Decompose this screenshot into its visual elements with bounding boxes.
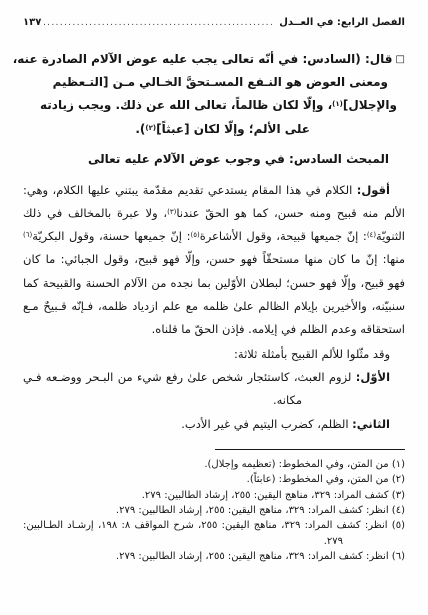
footnote-line: (٤) انظر: كشف المراد: ٣٢٩، مناهج اليقين:… bbox=[23, 503, 405, 518]
running-header: الفصل الرابع: في العــدل ...............… bbox=[23, 16, 405, 30]
matn-line: ومعنى العوض هو النـفع المسـتحقَّ الخـالي… bbox=[23, 71, 405, 94]
commentary-line: استحقاقه وعدم الظلم في إيلامه. فإذن الحق… bbox=[23, 318, 405, 341]
matn-quote-block: □قال: (السادس: في أنّه تعالى يجب عليه عو… bbox=[23, 48, 405, 141]
lead-word-thani: الثاني: bbox=[352, 417, 390, 431]
matn-line: والإجلال](١)، وإلّا لكان ظالماً، تعالى ا… bbox=[23, 94, 405, 117]
commentary-line-text: الكلام في هذا المقام يستدعي تقديم مقدّمة… bbox=[23, 183, 390, 202]
commentary-line: الثنويّة(٤): إنّ جميعها قبيحة، وقول الأش… bbox=[23, 225, 405, 248]
page-number: ١٣٧ bbox=[23, 16, 41, 30]
example-first-text: لزوم العبث، كاستئجار شخص علىٰ رفع شيء من… bbox=[23, 370, 351, 384]
footnote-line: (١) من المتن، وفي المخطوط: (تعظيمه وإجلا… bbox=[23, 457, 405, 472]
matn-line: على الألم؛ وإلّا لكان [عبثاً](٢)). bbox=[23, 118, 405, 141]
commentary-block: أقول: الكلام في هذا المقام يستدعي تقديم … bbox=[23, 179, 405, 341]
footnote-line: (٥) انظر: كشف المراد: ٣٢٩، مناهج اليقين:… bbox=[23, 518, 405, 533]
footnote-line: (٦) انظر: كشف المراد: ٣٢٩، مناهج اليقين:… bbox=[23, 549, 405, 564]
lead-word-awwal: الأوّل: bbox=[356, 370, 390, 384]
dot-leader: ........................................… bbox=[41, 16, 279, 30]
footnote-line: (٢) من المتن، وفي المخطوط: (عابثاً). bbox=[23, 472, 405, 487]
example-second-line: الثاني: الظلم، كضرب اليتيم في غير الأدب. bbox=[23, 413, 405, 436]
chapter-header-title: الفصل الرابع: في العــدل bbox=[279, 16, 405, 30]
example-first-line: الأوّل: لزوم العبث، كاستئجار شخص علىٰ رف… bbox=[23, 366, 405, 389]
examples-block: وقد مثّلوا للألم القبيح بأمثلة ثلاثة: ال… bbox=[23, 343, 405, 436]
footnote-line: (٣) كشف المراد: ٣٢٩، مناهج اليقين: ٢٥٥، … bbox=[23, 488, 405, 503]
commentary-line: سنبيّنه، والأخيرين بإيلام الظالم علىٰ ظل… bbox=[23, 295, 405, 318]
commentary-line: فهو قبيح، وإلّا فهو حسن؛ لبطلان الأوّلين… bbox=[23, 272, 405, 295]
book-page: الفصل الرابع: في العــدل ...............… bbox=[0, 0, 428, 615]
commentary-line: منها: إنّ ما كان منها مستحقّاً فهو حسن، … bbox=[23, 248, 405, 271]
section-heading: المبحث السادس: في وجوب عوض الآلام عليه ت… bbox=[23, 149, 405, 169]
commentary-line: أقول: الكلام في هذا المقام يستدعي تقديم … bbox=[23, 179, 405, 202]
matn-line-text: قال: (السادس: في أنّه تعالى يجب عليه عوض… bbox=[13, 52, 393, 66]
footnote-separator bbox=[215, 449, 405, 450]
square-bullet-icon: □ bbox=[396, 48, 405, 71]
footnote-line-continuation: ٢٧٩. bbox=[23, 534, 405, 549]
matn-line: □قال: (السادس: في أنّه تعالى يجب عليه عو… bbox=[23, 48, 405, 71]
commentary-line: الألم منه قبيح ومنه حسن، كما هو الحقّ عن… bbox=[23, 202, 405, 225]
example-second-text: الظلم، كضرب اليتيم في غير الأدب. bbox=[181, 417, 348, 431]
footnotes-block: (١) من المتن، وفي المخطوط: (تعظيمه وإجلا… bbox=[23, 449, 405, 565]
example-first-continuation: مكانه. bbox=[23, 389, 405, 412]
lead-word-aqul: أقول: bbox=[357, 183, 390, 197]
examples-intro: وقد مثّلوا للألم القبيح بأمثلة ثلاثة: bbox=[23, 343, 405, 366]
